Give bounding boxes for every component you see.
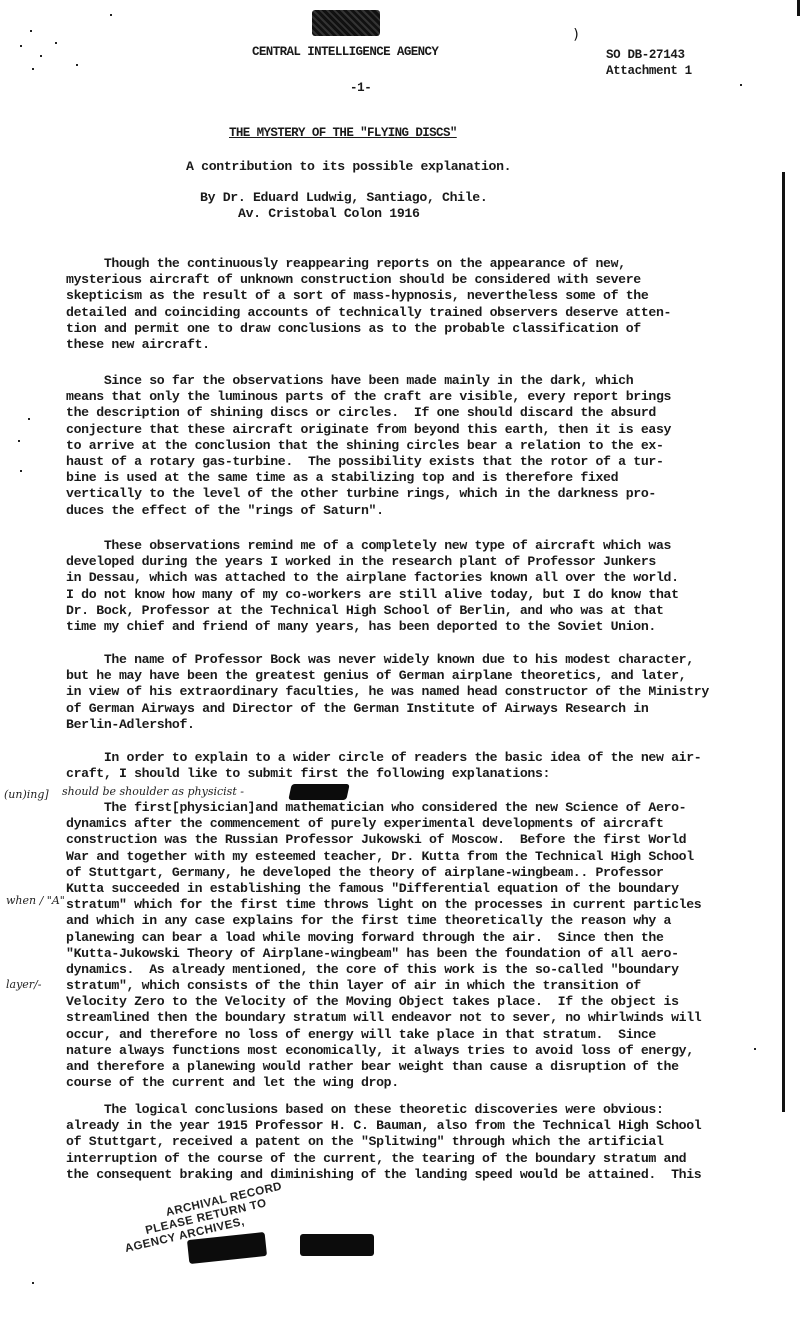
text-line: I do not know how many of my co-workers … [66, 587, 766, 603]
text-line: of Stuttgart, received a patent on the "… [66, 1134, 766, 1150]
paragraph-4: The name of Professor Bock was never wid… [66, 652, 766, 733]
interlinear-handwriting: should be shoulder as physicist - [62, 785, 244, 798]
text-line: "Kutta-Jukowski Theory of Airplane-wingb… [66, 946, 766, 962]
text-line: in Dessau, which was attached to the air… [66, 570, 766, 586]
author-address: Av. Cristobal Colon 1916 [238, 206, 420, 221]
author-byline: By Dr. Eduard Ludwig, Santiago, Chile. [200, 190, 487, 205]
text-line: dynamics after the commencement of purel… [66, 816, 766, 832]
text-line: Berlin-Adlershof. [66, 717, 766, 733]
pen-mark: ) [572, 27, 580, 43]
text-line: These observations remind me of a comple… [66, 538, 766, 554]
scan-speck [28, 418, 30, 420]
document-title: THE MYSTERY OF THE "FLYING DISCS" [229, 126, 457, 140]
text-line: of Stuttgart, Germany, he developed the … [66, 865, 766, 881]
scan-speck [55, 42, 57, 44]
paragraph-5: In order to explain to a wider circle of… [66, 750, 766, 782]
page-number: -1- [350, 81, 371, 95]
text-line: detailed and coinciding accounts of tech… [66, 305, 766, 321]
text-line: bine is used at the same time as a stabi… [66, 470, 766, 486]
document-subtitle: A contribution to its possible explanati… [186, 159, 511, 174]
text-line: to arrive at the conclusion that the shi… [66, 438, 766, 454]
text-line: time my chief and friend of many years, … [66, 619, 766, 635]
attachment-label: Attachment 1 [606, 64, 692, 78]
text-line: planewing can bear a load while moving f… [66, 930, 766, 946]
text-line: Though the continuously reappearing repo… [66, 256, 766, 272]
text-line: nature always functions most economicall… [66, 1043, 766, 1059]
paragraph-7: The logical conclusions based on these t… [66, 1102, 766, 1183]
scan-speck [18, 440, 20, 442]
text-line: The logical conclusions based on these t… [66, 1102, 766, 1118]
text-line: developed during the years I worked in t… [66, 554, 766, 570]
margin-rule [782, 172, 785, 1112]
text-line: haust of a rotary gas-turbine. The possi… [66, 454, 766, 470]
text-line: occur, and therefore no loss of energy w… [66, 1027, 766, 1043]
text-line: the description of shining discs or circ… [66, 405, 766, 421]
scan-speck [32, 1282, 34, 1284]
margin-handwriting: layer/- [6, 978, 41, 991]
paragraph-6: The first[physician]and mathematician wh… [66, 800, 766, 1091]
agency-header: CENTRAL INTELLIGENCE AGENCY [252, 45, 438, 59]
paragraph-2: Since so far the observations have been … [66, 373, 766, 519]
text-line: Dr. Bock, Professor at the Technical Hig… [66, 603, 766, 619]
text-line: but he may have been the greatest genius… [66, 668, 766, 684]
paragraph-3: These observations remind me of a comple… [66, 538, 766, 635]
text-line: In order to explain to a wider circle of… [66, 750, 766, 766]
scan-speck [740, 84, 742, 86]
text-line: tion and permit one to draw conclusions … [66, 321, 766, 337]
text-line: War and together with my esteemed teache… [66, 849, 766, 865]
text-line: of German Airways and Director of the Ge… [66, 701, 766, 717]
scan-speck [754, 1048, 756, 1050]
text-line: streamlined then the boundary stratum wi… [66, 1010, 766, 1026]
text-line: the consequent braking and diminishing o… [66, 1167, 766, 1183]
text-line: and which in any case explains for the f… [66, 913, 766, 929]
scan-speck [110, 14, 112, 16]
text-line: these new aircraft. [66, 337, 766, 353]
text-line: conjecture that these aircraft originate… [66, 422, 766, 438]
scan-speck [30, 30, 32, 32]
document-number: SO DB-27143 [606, 48, 685, 62]
redaction-block-top [312, 10, 380, 36]
text-line: dynamics. As already mentioned, the core… [66, 962, 766, 978]
redaction-block-bottom-2 [300, 1234, 374, 1256]
paragraph-1: Though the continuously reappearing repo… [66, 256, 766, 353]
document-page: CENTRAL INTELLIGENCE AGENCY SO DB-27143 … [0, 0, 800, 1318]
text-line: means that only the luminous parts of th… [66, 389, 766, 405]
text-line: Kutta succeeded in establishing the famo… [66, 881, 766, 897]
text-line: stratum", which consists of the thin lay… [66, 978, 766, 994]
scan-speck [32, 68, 34, 70]
scan-speck [20, 470, 22, 472]
scan-speck [40, 55, 42, 57]
text-line: interruption of the course of the curren… [66, 1151, 766, 1167]
text-line: and therefore a planewing would rather b… [66, 1059, 766, 1075]
margin-handwriting: (un)ing] [4, 788, 49, 801]
text-line: already in the year 1915 Professor H. C.… [66, 1118, 766, 1134]
text-line: duces the effect of the "rings of Saturn… [66, 503, 766, 519]
text-line: stratum" which for the first time throws… [66, 897, 766, 913]
text-line: vertically to the level of the other tur… [66, 486, 766, 502]
text-line: skepticism as the result of a sort of ma… [66, 288, 766, 304]
text-line: craft, I should like to submit first the… [66, 766, 766, 782]
text-line: Since so far the observations have been … [66, 373, 766, 389]
scan-speck [20, 45, 22, 47]
text-line: in view of his extraordinary faculties, … [66, 684, 766, 700]
text-line: construction was the Russian Professor J… [66, 832, 766, 848]
redaction-block-inline [288, 784, 349, 800]
text-line: Velocity Zero to the Velocity of the Mov… [66, 994, 766, 1010]
margin-handwriting: when / "A" [6, 896, 65, 906]
text-line: The first[physician]and mathematician wh… [66, 800, 766, 816]
text-line: mysterious aircraft of unknown construct… [66, 272, 766, 288]
scan-speck [76, 64, 78, 66]
text-line: The name of Professor Bock was never wid… [66, 652, 766, 668]
text-line: course of the current and let the wing d… [66, 1075, 766, 1091]
